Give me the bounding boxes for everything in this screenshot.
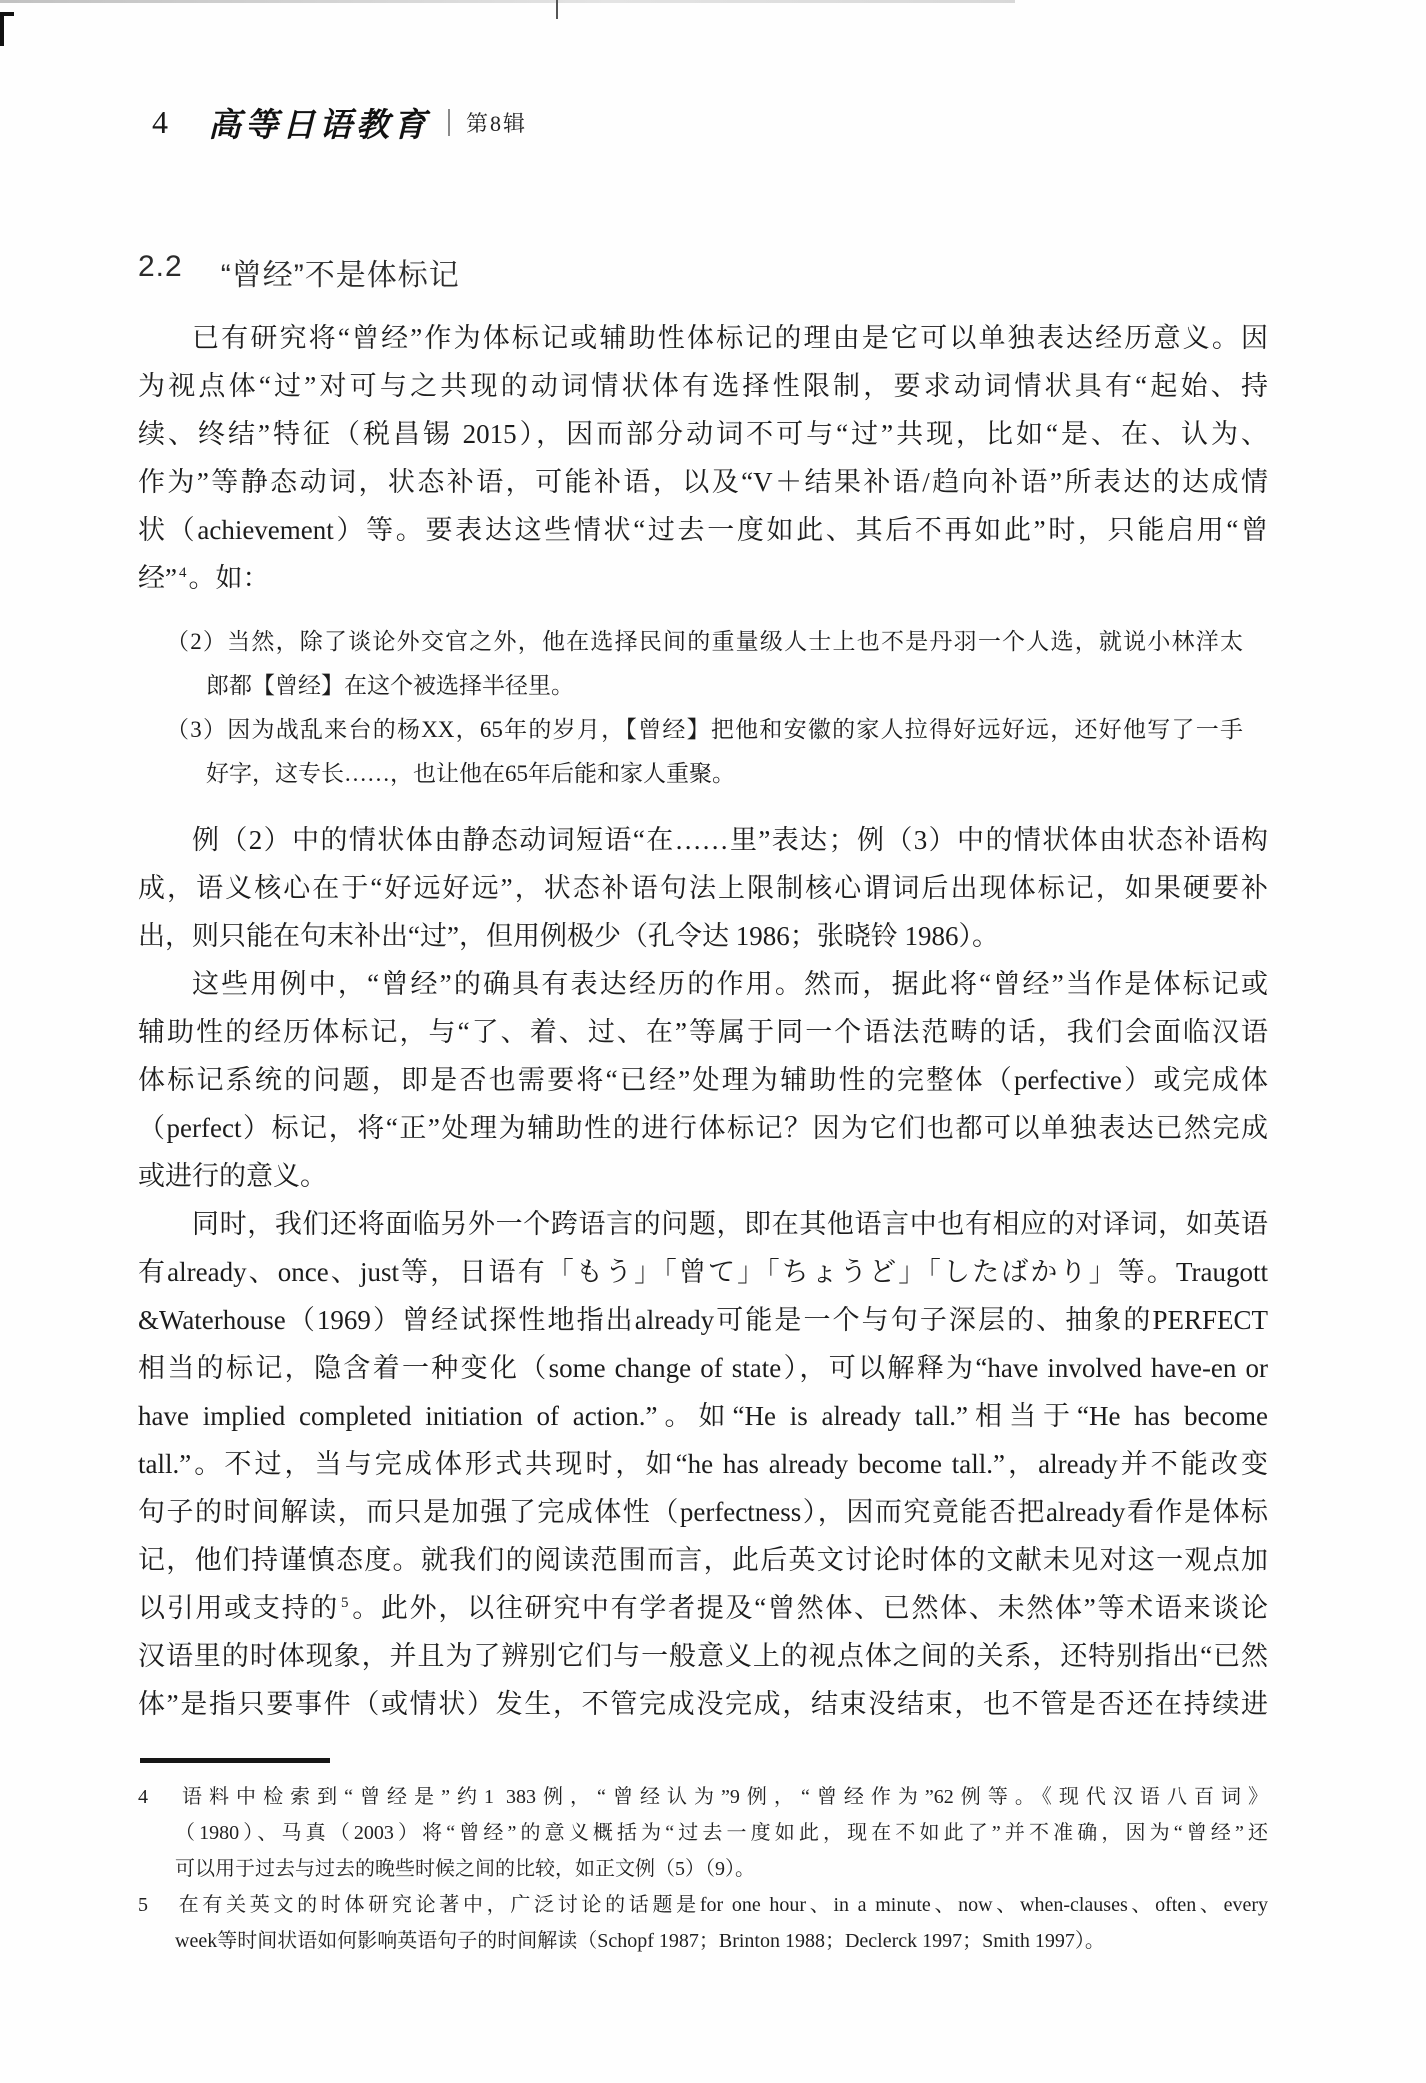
scanned-page: 4 高等日语教育 第8辑 2.2 “曾经”不是体标记 已有研究将“曾经”作为体标… — [0, 0, 1426, 2083]
text-line: 5在有关英文的时体研究论著中，广泛讨论的话题是for one hour、in a… — [138, 1887, 1268, 1923]
body-text: 已有研究将“曾经”作为体标记或辅助性体标记的理由是它可以单独表达经历意义。因为视… — [138, 314, 1268, 1728]
scan-corner-mark — [0, 12, 14, 46]
text-line: 这些用例中，“曾经”的确具有表达经历的作用。然而，据此将“曾经”当作是体标记或 — [138, 960, 1268, 1008]
text-line: 4语料中检索到“曾经是”约1 383例，“曾经认为”9例，“曾经作为”62例等。… — [138, 1779, 1268, 1815]
example-3: （3）因为战乱来台的杨XX，65年的岁月，【曾经】把他和安徽的家人拉得好远好远，… — [138, 708, 1268, 796]
text-line: tall.”。不过，当与完成体形式共现时，如“he has already be… — [138, 1440, 1268, 1488]
text-segment: 作为”等静态动词，状态补语，可能补语，以及“V＋结果补语/趋向补语”所表达的达成… — [138, 467, 1268, 497]
text-segment: 好字，这专长……，也让他在65年后能和家人重聚。 — [206, 761, 735, 786]
text-line: 状（achievement）等。要表达这些情状“过去一度如此、其后不再如此”时，… — [138, 506, 1268, 554]
text-line: （perfect）标记，将“正”处理为辅助性的进行体标记？因为它们也都可以单独表… — [138, 1104, 1268, 1152]
text-segment: 可以用于过去与过去的晚些时候之间的比较，如正文例（5）（9）。 — [175, 1858, 755, 1880]
text-segment: 有already、once、just等，日语有「もう」「曾て」「ちょうど」「した… — [138, 1257, 1268, 1287]
paragraph-3: 这些用例中，“曾经”的确具有表达经历的作用。然而，据此将“曾经”当作是体标记或辅… — [138, 960, 1268, 1200]
text-line: （1980）、马真（2003）将“曾经”的意义概括为“过去一度如此，现在不如此了… — [138, 1815, 1268, 1851]
text-segment: 这些用例中，“曾经”的确具有表达经历的作用。然而，据此将“曾经”当作是体标记或 — [192, 969, 1268, 999]
text-line: 句子的时间解读，而只是加强了完成体性（perfectness），因而究竟能否把a… — [138, 1488, 1268, 1536]
text-segment: 成，语义核心在于“好远好远”，状态补语句法上限制核心谓词后出现体标记，如果硬要补 — [138, 873, 1268, 903]
footnote-ref: 5 — [341, 1595, 349, 1611]
text-line: 郎都【曾经】在这个被选择半径里。 — [166, 664, 1243, 708]
footnote-number: 5 — [138, 1887, 175, 1923]
text-line: 续、终结”特征（税昌锡 2015），因而部分动词不可与“过”共现，比如“是、在、… — [138, 410, 1268, 458]
text-line: 出，则只能在句末补出“过”，但用例极少（孔令达 1986；张晓铃 1986）。 — [138, 912, 1268, 960]
text-line: week等时间状语如何影响英语句子的时间解读（Schopf 1987；Brint… — [138, 1923, 1268, 1959]
text-segment: （2）当然，除了谈论外交官之外，他在选择民间的重量级人士上也不是丹羽一个人选，就… — [166, 629, 1243, 654]
text-line: 体标记系统的问题，即是否也需要将“已经”处理为辅助性的完整体（perfectiv… — [138, 1056, 1268, 1104]
text-segment: 记，他们持谨慎态度。就我们的阅读范围而言，此后英文讨论时体的文献未见对这一观点加 — [138, 1545, 1268, 1575]
text-segment: 续、终结”特征（税昌锡 2015），因而部分动词不可与“过”共现，比如“是、在、… — [138, 419, 1268, 449]
text-segment: 辅助性的经历体标记，与“了、着、过、在”等属于同一个语法范畴的话，我们会面临汉语 — [138, 1017, 1268, 1047]
footnote-4: 4语料中检索到“曾经是”约1 383例，“曾经认为”9例，“曾经作为”62例等。… — [138, 1779, 1268, 1887]
text-segment: 出，则只能在句末补出“过”，但用例极少（孔令达 1986；张晓铃 1986）。 — [138, 921, 999, 951]
footnote-ref: 4 — [179, 565, 187, 581]
text-line: 记，他们持谨慎态度。就我们的阅读范围而言，此后英文讨论时体的文献未见对这一观点加 — [138, 1536, 1268, 1584]
text-line: 作为”等静态动词，状态补语，可能补语，以及“V＋结果补语/趋向补语”所表达的达成… — [138, 458, 1268, 506]
footnotes-section: 4语料中检索到“曾经是”约1 383例，“曾经认为”9例，“曾经作为”62例等。… — [138, 1779, 1268, 1959]
text-line: &Waterhouse（1969）曾经试探性地指出already可能是一个与句子… — [138, 1296, 1268, 1344]
running-header: 4 高等日语教育 第8辑 — [152, 98, 527, 146]
text-segment: 以引用或支持的 — [138, 1593, 339, 1623]
text-segment: 同时，我们还将面临另外一个跨语言的问题，即在其他语言中也有相应的对译词，如英语 — [192, 1209, 1268, 1239]
text-segment: 相当的标记，隐含着一种变化（some change of state），可以解释… — [138, 1353, 1268, 1383]
text-line: 已有研究将“曾经”作为体标记或辅助性体标记的理由是它可以单独表达经历意义。因 — [138, 314, 1268, 362]
text-line: 以引用或支持的5。此外，以往研究中有学者提及“曾然体、已然体、未然体”等术语来谈… — [138, 1584, 1268, 1632]
paragraph-2: 例（2）中的情状体由静态动词短语“在……里”表达；例（3）中的情状体由状态补语构… — [138, 816, 1268, 960]
header-divider — [448, 109, 450, 136]
text-segment: 体标记系统的问题，即是否也需要将“已经”处理为辅助性的完整体（perfectiv… — [138, 1065, 1268, 1095]
text-line: （2）当然，除了谈论外交官之外，他在选择民间的重量级人士上也不是丹羽一个人选，就… — [166, 620, 1243, 664]
text-segment: （perfect）标记，将“正”处理为辅助性的进行体标记？因为它们也都可以单独表… — [138, 1113, 1268, 1143]
paragraph-1: 已有研究将“曾经”作为体标记或辅助性体标记的理由是它可以单独表达经历意义。因为视… — [138, 314, 1268, 602]
text-segment: （1980）、马真（2003）将“曾经”的意义概括为“过去一度如此，现在不如此了… — [175, 1822, 1268, 1844]
text-line: have implied completed initiation of act… — [138, 1392, 1268, 1440]
text-line: 辅助性的经历体标记，与“了、着、过、在”等属于同一个语法范畴的话，我们会面临汉语 — [138, 1008, 1268, 1056]
footnote-number: 4 — [138, 1779, 175, 1815]
text-line: 好字，这专长……，也让他在65年后能和家人重聚。 — [166, 752, 1243, 796]
text-segment: 例（2）中的情状体由静态动词短语“在……里”表达；例（3）中的情状体由状态补语构 — [192, 825, 1268, 855]
text-line: 成，语义核心在于“好远好远”，状态补语句法上限制核心谓词后出现体标记，如果硬要补 — [138, 864, 1268, 912]
section-title: “曾经”不是体标记 — [221, 250, 460, 294]
text-segment: 或进行的意义。 — [138, 1161, 327, 1191]
text-segment: 郎都【曾经】在这个被选择半径里。 — [206, 673, 574, 698]
journal-title: 高等日语教育 — [208, 99, 430, 146]
text-line: 相当的标记，隐含着一种变化（some change of state），可以解释… — [138, 1344, 1268, 1392]
section-heading: 2.2 “曾经”不是体标记 — [138, 250, 1268, 294]
text-segment: &Waterhouse（1969）曾经试探性地指出already可能是一个与句子… — [138, 1305, 1268, 1335]
text-line: 或进行的意义。 — [138, 1152, 1268, 1200]
text-segment: have implied completed initiation of act… — [138, 1401, 1268, 1431]
text-segment: （3）因为战乱来台的杨XX，65年的岁月，【曾经】把他和安徽的家人拉得好远好远，… — [166, 717, 1243, 742]
text-segment: 汉语里的时体现象，并且为了辨别它们与一般意义上的视点体之间的关系，还特别指出“已… — [138, 1641, 1268, 1671]
text-segment: 已有研究将“曾经”作为体标记或辅助性体标记的理由是它可以单独表达经历意义。因 — [192, 323, 1268, 353]
text-line: 同时，我们还将面临另外一个跨语言的问题，即在其他语言中也有相应的对译词，如英语 — [138, 1200, 1268, 1248]
paragraph-4: 同时，我们还将面临另外一个跨语言的问题，即在其他语言中也有相应的对译词，如英语有… — [138, 1200, 1268, 1728]
text-line: 可以用于过去与过去的晚些时候之间的比较，如正文例（5）（9）。 — [138, 1851, 1268, 1887]
issue-label: 第8辑 — [466, 107, 527, 138]
text-line: 为视点体“过”对可与之共现的动词情状体有选择性限制，要求动词情状具有“起始、持 — [138, 362, 1268, 410]
text-segment: 在有关英文的时体研究论著中，广泛讨论的话题是for one hour、in a … — [175, 1894, 1268, 1916]
footnote-5: 5在有关英文的时体研究论著中，广泛讨论的话题是for one hour、in a… — [138, 1887, 1268, 1959]
text-segment: 体”是指只要事件（或情状）发生，不管完成没完成，结束没结束，也不管是否还在持续进 — [138, 1689, 1268, 1719]
text-segment: 。此外，以往研究中有学者提及“曾然体、已然体、未然体”等术语来谈论 — [351, 1593, 1269, 1623]
text-line: 有already、once、just等，日语有「もう」「曾て」「ちょうど」「した… — [138, 1248, 1268, 1296]
text-line: （3）因为战乱来台的杨XX，65年的岁月，【曾经】把他和安徽的家人拉得好远好远，… — [166, 708, 1243, 752]
text-segment: week等时间状语如何影响英语句子的时间解读（Schopf 1987；Brint… — [175, 1930, 1105, 1952]
text-segment: 为视点体“过”对可与之共现的动词情状体有选择性限制，要求动词情状具有“起始、持 — [138, 371, 1268, 401]
text-segment: 语料中检索到“曾经是”约1 383例，“曾经认为”9例，“曾经作为”62例等。《… — [175, 1786, 1268, 1808]
text-line: 体”是指只要事件（或情状）发生，不管完成没完成，结束没结束，也不管是否还在持续进 — [138, 1680, 1268, 1728]
text-line: 例（2）中的情状体由静态动词短语“在……里”表达；例（3）中的情状体由状态补语构 — [138, 816, 1268, 864]
text-segment: 状（achievement）等。要表达这些情状“过去一度如此、其后不再如此”时，… — [138, 515, 1268, 545]
example-2: （2）当然，除了谈论外交官之外，他在选择民间的重量级人士上也不是丹羽一个人选，就… — [138, 620, 1268, 708]
section-number: 2.2 — [138, 250, 183, 294]
text-segment: tall.”。不过，当与完成体形式共现时，如“he has already be… — [138, 1449, 1268, 1479]
page-number: 4 — [152, 104, 168, 141]
scan-smudge-artifact — [0, 0, 1015, 3]
text-segment: 句子的时间解读，而只是加强了完成体性（perfectness），因而究竟能否把a… — [138, 1497, 1268, 1527]
text-column: 2.2 “曾经”不是体标记 已有研究将“曾经”作为体标记或辅助性体标记的理由是它… — [138, 250, 1268, 1959]
text-segment: 。如： — [188, 563, 269, 593]
text-segment: 经” — [138, 563, 177, 593]
footnote-rule — [140, 1758, 330, 1763]
text-line: 经”4。如： — [138, 554, 1268, 602]
text-line: 汉语里的时体现象，并且为了辨别它们与一般意义上的视点体之间的关系，还特别指出“已… — [138, 1632, 1268, 1680]
scan-center-tick — [556, 0, 558, 19]
